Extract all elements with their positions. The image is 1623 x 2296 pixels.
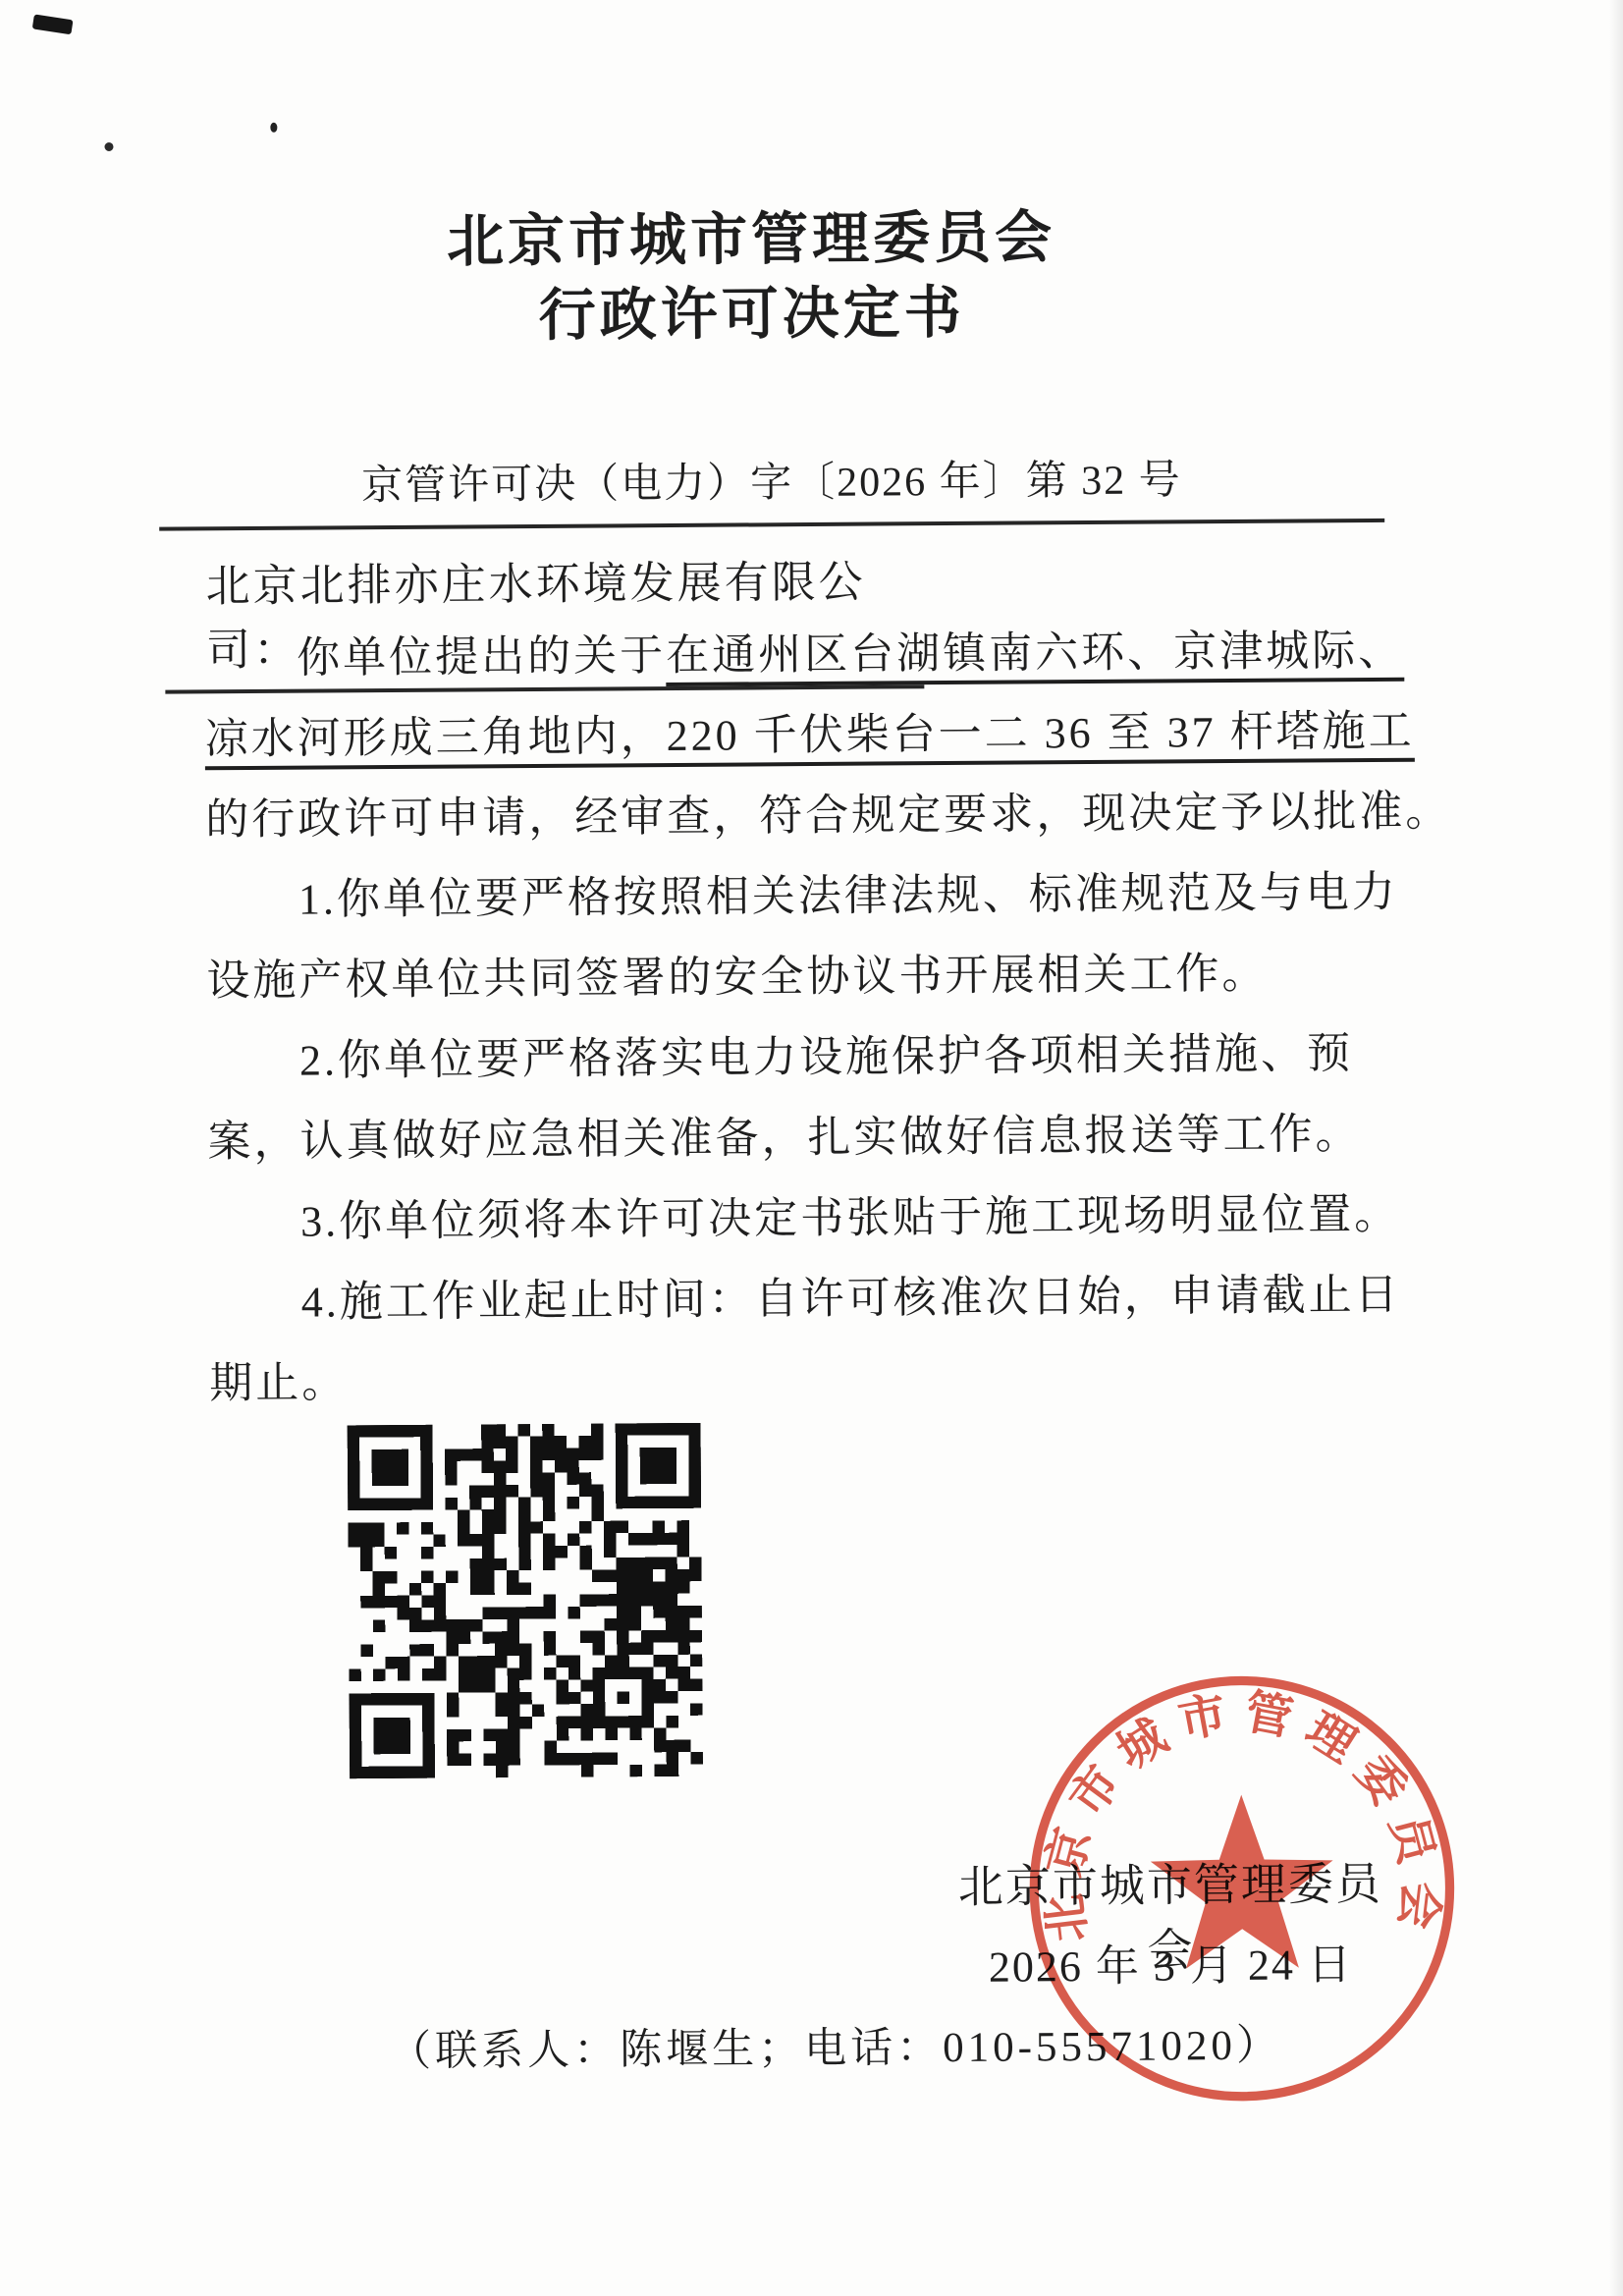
- document-title: 北京市城市管理委员会 行政许可决定书: [0, 197, 1508, 357]
- scan-artifact: [104, 142, 113, 151]
- document-number: 京管许可决（电力）字〔2026 年〕第 32 号: [159, 446, 1385, 531]
- scanned-sheet: 北京市城市管理委员会 行政许可决定书 京管许可决（电力）字〔2026 年〕第 3…: [0, 0, 1623, 2296]
- body-line: 2.你单位要严格落实电力设施保护各项相关措施、预: [207, 1013, 1426, 1103]
- plain-text: 案，认真做好应急相关准备，扎实做好信息报送等工作。: [207, 1110, 1361, 1166]
- plain-text: 你单位提出的关于: [297, 631, 666, 683]
- title-line-2: 行政许可决定书: [0, 272, 1508, 357]
- qr-code: [348, 1423, 704, 1779]
- underlined-text: 凉水河形成三角地内，220 千伏柴台一二 36 至 37 杆塔施工: [205, 707, 1415, 764]
- body-line: 3.你单位须将本许可决定书张贴于施工现场明显位置。: [208, 1175, 1427, 1264]
- license-document-page: 北京市城市管理委员会 行政许可决定书 京管许可决（电力）字〔2026 年〕第 3…: [0, 0, 1623, 2296]
- body-lines: 你单位提出的关于在通州区台湖镇南六环、京津城际、凉水河形成三角地内，220 千伏…: [204, 611, 1428, 1425]
- underlined-text: 在通州区台湖镇南六环、京津城际、: [666, 627, 1404, 680]
- contact-line: （联系人：陈堰生；电话：010-55571020）: [27, 2009, 1623, 2080]
- body-line: 期止。: [209, 1336, 1428, 1425]
- plain-text: 设施产权单位共同签署的安全协议书开展相关工作。: [206, 950, 1268, 1006]
- scan-artifact: [32, 14, 74, 34]
- plain-text: 的行政许可申请，经审查，符合规定要求，现决定予以批准。: [205, 787, 1451, 844]
- body-line: 设施产权单位共同签署的安全协议书开展相关工作。: [206, 933, 1425, 1022]
- title-line-1: 北京市城市管理委员会: [0, 197, 1507, 283]
- body-line: 案，认真做好应急相关准备，扎实做好信息报送等工作。: [207, 1094, 1426, 1183]
- plain-text: 3.你单位须将本许可决定书张贴于施工现场明显位置。: [300, 1190, 1400, 1246]
- plain-text: 4.施工作业起止时间：自许可核准次日始，申请截止日: [301, 1271, 1401, 1327]
- plain-text: 1.你单位要严格按照相关法律法规、标准规范及与电力: [298, 868, 1398, 924]
- scan-edge-shadow: [1609, 0, 1623, 2296]
- scan-artifact: [270, 123, 277, 133]
- body-line: 1.你单位要严格按照相关法律法规、标准规范及与电力: [206, 852, 1425, 942]
- issue-date: 2026 年 3 月 24 日: [964, 1929, 1377, 1995]
- body-line: 你单位提出的关于在通州区台湖镇南六环、京津城际、: [204, 611, 1423, 700]
- body-line: 的行政许可申请，经审查，符合规定要求，现决定予以批准。: [205, 772, 1424, 861]
- plain-text: 2.你单位要严格落实电力设施保护各项相关措施、预: [299, 1029, 1353, 1084]
- body-line: 凉水河形成三角地内，220 千伏柴台一二 36 至 37 杆塔施工: [204, 691, 1423, 781]
- body-line: 4.施工作业起止时间：自许可核准次日始，申请截止日: [208, 1255, 1427, 1344]
- plain-text: 期止。: [209, 1358, 348, 1407]
